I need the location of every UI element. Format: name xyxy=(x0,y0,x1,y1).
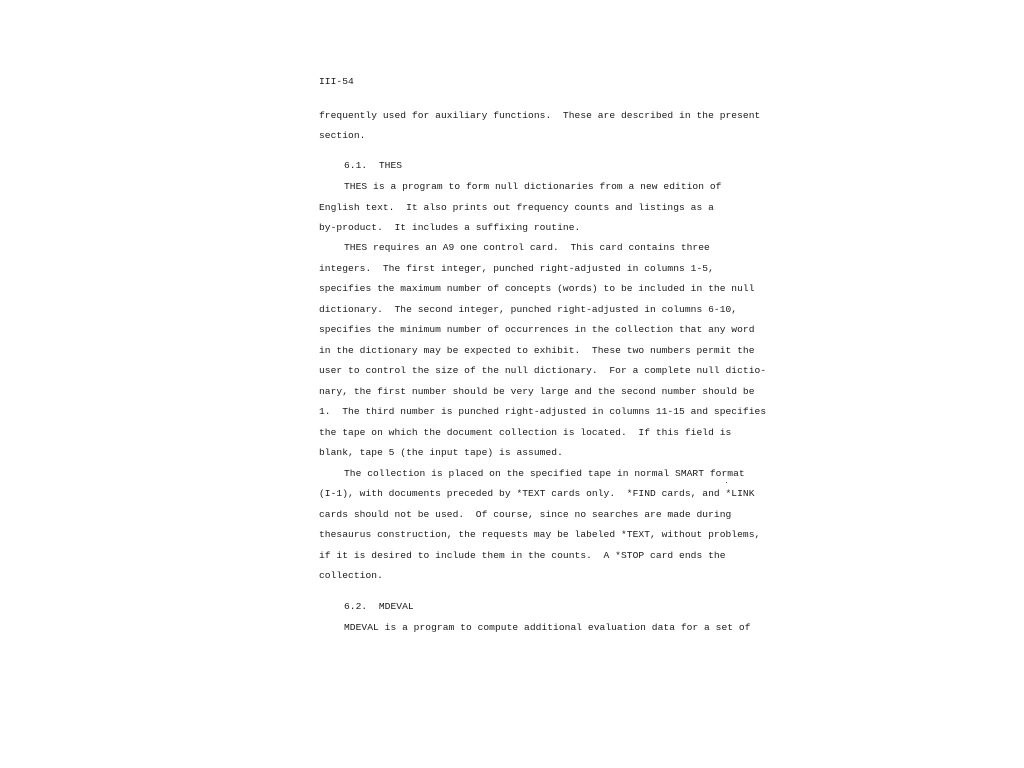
paragraph-line: cards should not be used. Of course, sin… xyxy=(319,509,731,521)
paragraph-line: MDEVAL is a program to compute additiona… xyxy=(344,622,751,634)
paragraph-line: THES requires an A9 one control card. Th… xyxy=(344,242,710,254)
paragraph-line: 1. The third number is punched right-adj… xyxy=(319,406,766,418)
intro-line: frequently used for auxiliary functions.… xyxy=(319,110,760,122)
paragraph-line: dictionary. The second integer, punched … xyxy=(319,304,737,316)
paragraph-line: user to control the size of the null dic… xyxy=(319,365,766,377)
paragraph-line: nary, the first number should be very la… xyxy=(319,386,755,398)
scan-speck xyxy=(726,482,727,483)
document-page: III-54 frequently used for auxiliary fun… xyxy=(0,0,1024,768)
paragraph-line: (I-1), with documents preceded by *TEXT … xyxy=(319,488,755,500)
paragraph-line: English text. It also prints out frequen… xyxy=(319,202,714,214)
paragraph-line: specifies the maximum number of concepts… xyxy=(319,283,755,295)
paragraph-line: by-product. It includes a suffixing rout… xyxy=(319,222,580,234)
paragraph-line: thesaurus construction, the requests may… xyxy=(319,529,760,541)
paragraph-line: in the dictionary may be expected to exh… xyxy=(319,345,755,357)
section-heading-thes: 6.1. THES xyxy=(344,160,402,172)
paragraph-line: collection. xyxy=(319,570,383,582)
paragraph-line: THES is a program to form null dictionar… xyxy=(344,181,721,193)
paragraph-line: the tape on which the document collectio… xyxy=(319,427,731,439)
paragraph-line: if it is desired to include them in the … xyxy=(319,550,726,562)
page-number: III-54 xyxy=(319,76,354,88)
intro-line: section. xyxy=(319,130,365,142)
paragraph-line: specifies the minimum number of occurren… xyxy=(319,324,755,336)
paragraph-line: blank, tape 5 (the input tape) is assume… xyxy=(319,447,563,459)
paragraph-line: The collection is placed on the specifie… xyxy=(344,468,745,480)
section-heading-mdeval: 6.2. MDEVAL xyxy=(344,601,414,613)
paragraph-line: integers. The first integer, punched rig… xyxy=(319,263,714,275)
